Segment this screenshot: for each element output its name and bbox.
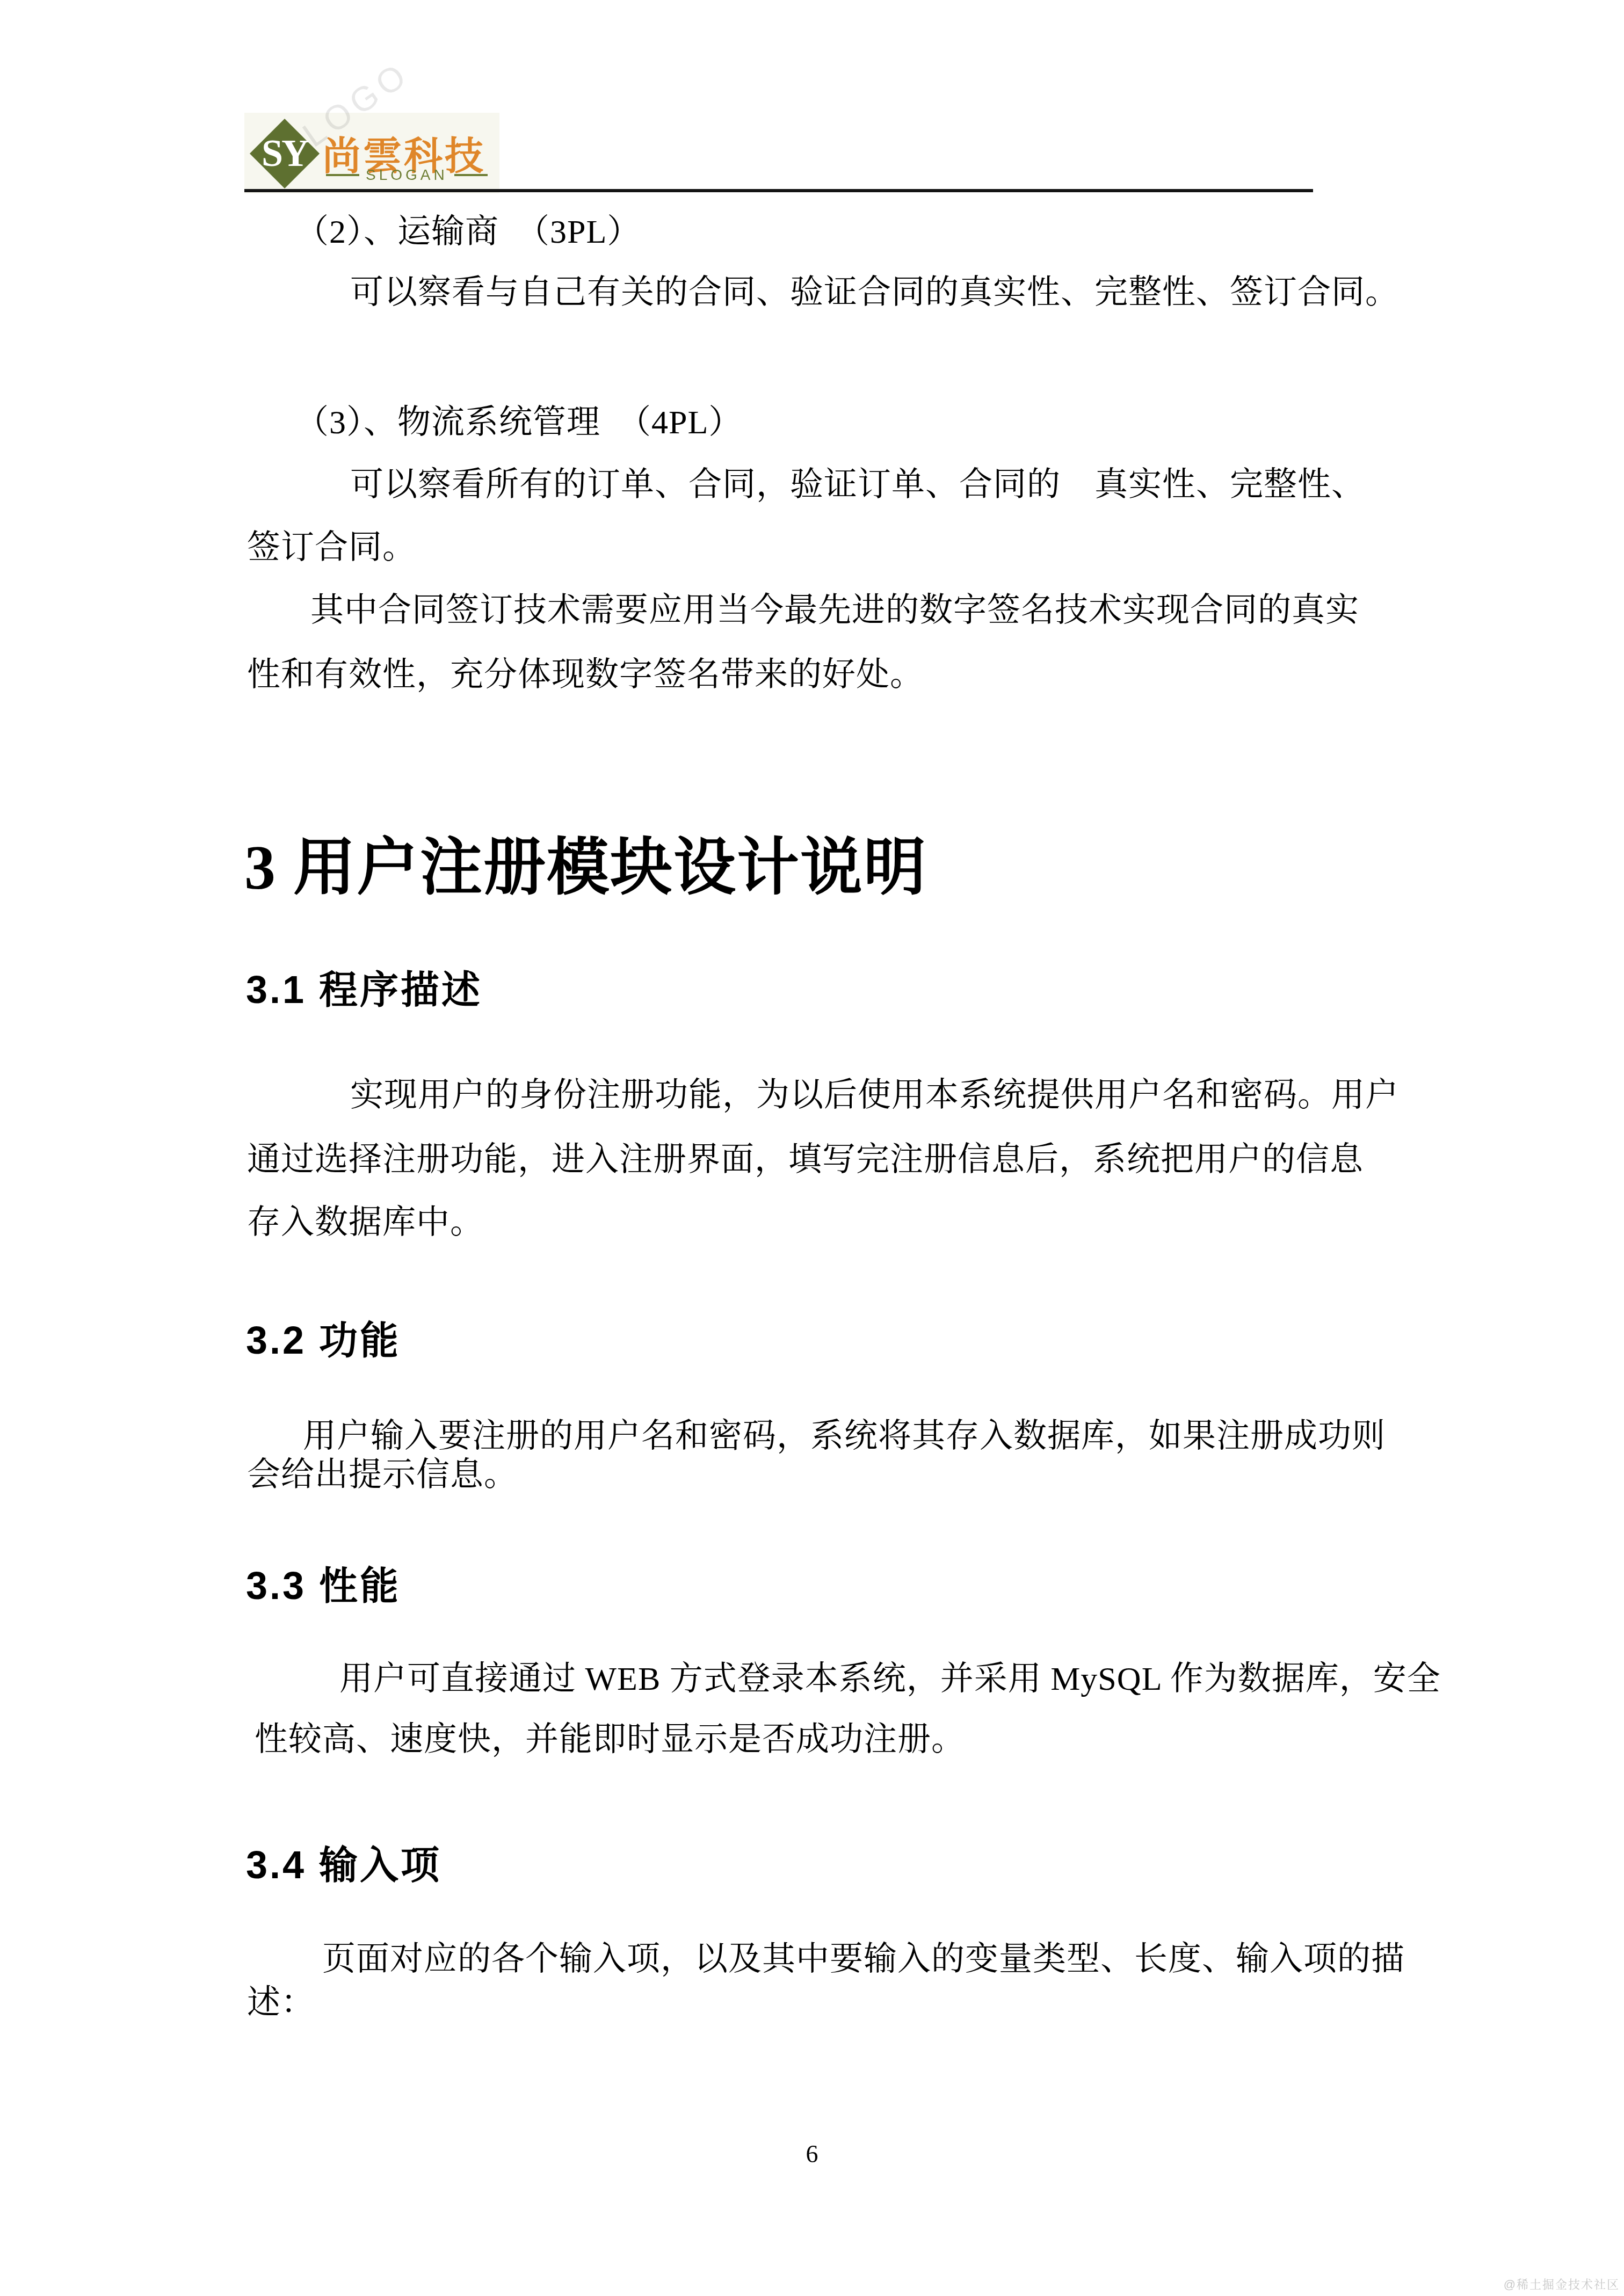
logo-slogan-row: SLOGAN — [326, 166, 460, 184]
logo-slogan: SLOGAN — [366, 166, 448, 184]
paragraph-line: 实现用户的身份注册功能，为以后使用本系统提供用户名和密码。用户 — [247, 1077, 1407, 1115]
slogan-left-line — [326, 174, 359, 176]
paragraph-line: 可以察看与自己有关的合同、验证合同的真实性、完整性、签订合同。 — [247, 274, 1407, 312]
paragraph-line: 通过选择注册功能，进入注册界面，填写完注册信息后，系统把用户的信息 — [247, 1141, 1407, 1179]
document-page: LOGO SY 尚雲科技 SLOGAN （2）、运输商 （3PL） 可以察看与自… — [0, 0, 1624, 2296]
section-heading-3-3: 3.3 性能 — [246, 1554, 401, 1610]
slogan-right-line — [454, 174, 488, 176]
section-heading-3-4: 3.4 输入项 — [246, 1834, 441, 1890]
site-watermark: @稀土掘金技术社区 — [1504, 2276, 1620, 2292]
paragraph-line: 存入数据库中。 — [247, 1204, 1407, 1242]
paragraph-line: 述： — [247, 1984, 1407, 2022]
paragraph-line: 可以察看所有的订单、合同，验证订单、合同的 真实性、完整性、 — [247, 466, 1407, 504]
page-number: 6 — [0, 2140, 1624, 2168]
section-heading-3-2: 3.2 功能 — [246, 1309, 401, 1365]
paragraph-line: 签订合同。 — [247, 529, 1407, 567]
header-divider — [244, 189, 1313, 192]
company-logo: LOGO SY 尚雲科技 SLOGAN — [244, 113, 499, 193]
chapter-title: 3 用户注册模块设计说明 — [244, 817, 927, 907]
list-item-2-heading: （2）、运输商 （3PL） — [247, 213, 1407, 251]
paragraph-line: 会给出提示信息。 — [247, 1456, 1407, 1494]
list-item-3-heading: （3）、物流系统管理 （4PL） — [247, 404, 1407, 442]
paragraph-line: 页面对应的各个输入项，以及其中要输入的变量类型、长度、输入项的描 — [247, 1941, 1407, 1979]
paragraph-line: 用户可直接通过 WEB 方式登录本系统，并采用 MySQL 作为数据库，安全 — [247, 1660, 1407, 1698]
section-heading-3-1: 3.1 程序描述 — [246, 958, 482, 1014]
paragraph-line: 性较高、速度快，并能即时显示是否成功注册。 — [247, 1721, 1407, 1759]
paragraph-line: 性和有效性，充分体现数字签名带来的好处。 — [247, 656, 1407, 694]
logo-monogram: SY — [244, 113, 325, 193]
paragraph-line: 其中合同签订技术需要应用当今最先进的数字签名技术实现合同的真实 — [247, 592, 1407, 630]
paragraph-line: 用户输入要注册的用户名和密码，系统将其存入数据库，如果注册成功则 — [247, 1418, 1407, 1456]
